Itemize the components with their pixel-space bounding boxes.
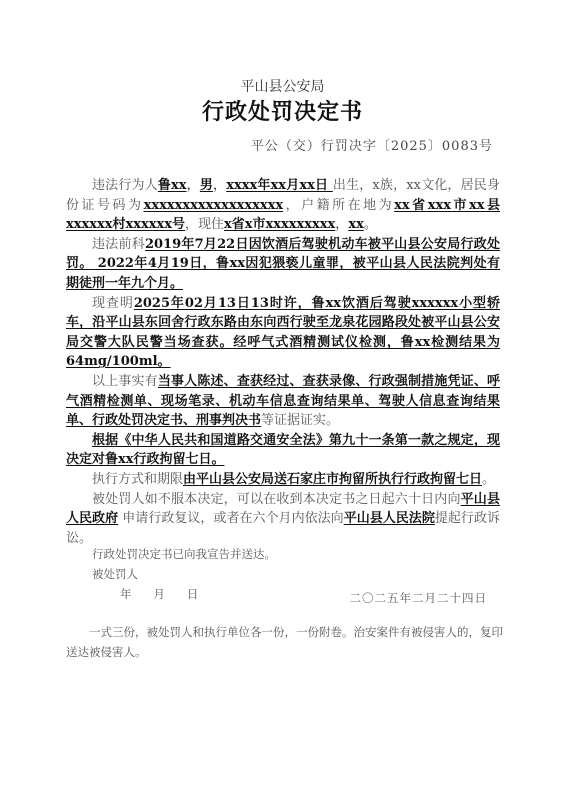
execution-paragraph: 执行方式和期限由平山县公安局送石家庄市拘留所执行行政拘留七日。 [66,470,500,490]
signature-date-blank: 年 月 日 [92,584,276,604]
punct: 。 [364,217,377,232]
served-statement: 行政处罚决定书已向我宣告并送达。 [92,544,276,564]
offender-birthdate: xxxx年xx月xx日 [226,178,333,193]
decision-content: 根据《中华人民共和国道路交通安全法》第九十一条第一款之规定，现决定对鲁xx行政拘… [66,433,500,468]
label-residence: ，现住 [185,217,224,232]
service-acknowledgement: 行政处罚决定书已向我宣告并送达。 被处罚人 年 月 日 [92,544,276,604]
offender-residence-detail: xx [348,217,364,232]
punct: ， [187,178,200,193]
offender-id-number: xxxxxxxxxxxxxxxxxx [144,198,284,213]
punct: 。 [482,472,495,487]
evidence-paragraph: 以上事实有当事人陈述、查获经过、查获录像、行政强制措施凭证、呼气酒精检测单、现场… [66,372,500,431]
appeal-text-1: 被处罚人如不服本决定，可以在收到本决定书之日起六十日内向 [92,492,461,507]
offender-name: 鲁xx [158,178,187,193]
label-evidence: 以上事实有 [92,374,158,389]
findings-paragraph: 现查明2025年02月13日13时许，鲁xx饮酒后驾驶xxxxxx小型轿车，沿平… [66,294,500,372]
punct: ， [335,217,348,232]
label-offender: 违法行为人 [92,178,158,193]
evidence-suffix: 等证据证实。 [261,413,339,428]
execution-content: 由平山县公安局送石家庄市拘留所执行行政拘留七日 [183,472,482,487]
issue-date: 二〇二五年二月二十四日 [350,590,488,606]
offender-gender: 男 [200,178,213,193]
label-execution: 执行方式和期限 [92,472,183,487]
offender-info-paragraph: 违法行为人鲁xx，男，xxxx年xx月xx日 出生，x族，xx文化，居民身份证号… [66,176,500,235]
decision-paragraph: 根据《中华人民共和国道路交通安全法》第九十一条第一款之规定，现决定对鲁xx行政拘… [66,431,500,470]
appeal-paragraph: 被处罚人如不服本决定，可以在收到本决定书之日起六十日内向平山县人民政府 申请行政… [66,490,500,549]
document-body: 违法行为人鲁xx，男，xxxx年xx月xx日 出生，x族，xx文化，居民身份证号… [66,176,500,548]
prior-record-paragraph: 违法前科2019年7月22日因饮酒后驾驶机动车被平山县公安局行政处罚。 2022… [66,235,500,294]
signee-label: 被处罚人 [92,564,276,584]
offender-residence: x省x市xxxxxxxxx [224,217,335,232]
issuing-agency: 平山县公安局 [0,76,565,96]
appeal-text-2: 申请行政复议，或者在六个月内依法向 [118,511,344,526]
label-findings: 现查明 [92,296,134,311]
label-prior-record: 违法前科 [92,237,145,252]
copies-note: 一式三份，被处罚人和执行单位各一份，一份附卷。治安案件有被侵害人的，复印送达被侵… [66,622,506,662]
punct: ， [213,178,226,193]
label-hukou: ，户籍所在地为 [283,198,394,213]
document-number: 平公（交）行罚决字〔2025〕0083号 [251,135,493,154]
litigation-court: 平山县人民法院 [344,511,435,526]
document-title: 行政处罚决定书 [0,95,565,126]
